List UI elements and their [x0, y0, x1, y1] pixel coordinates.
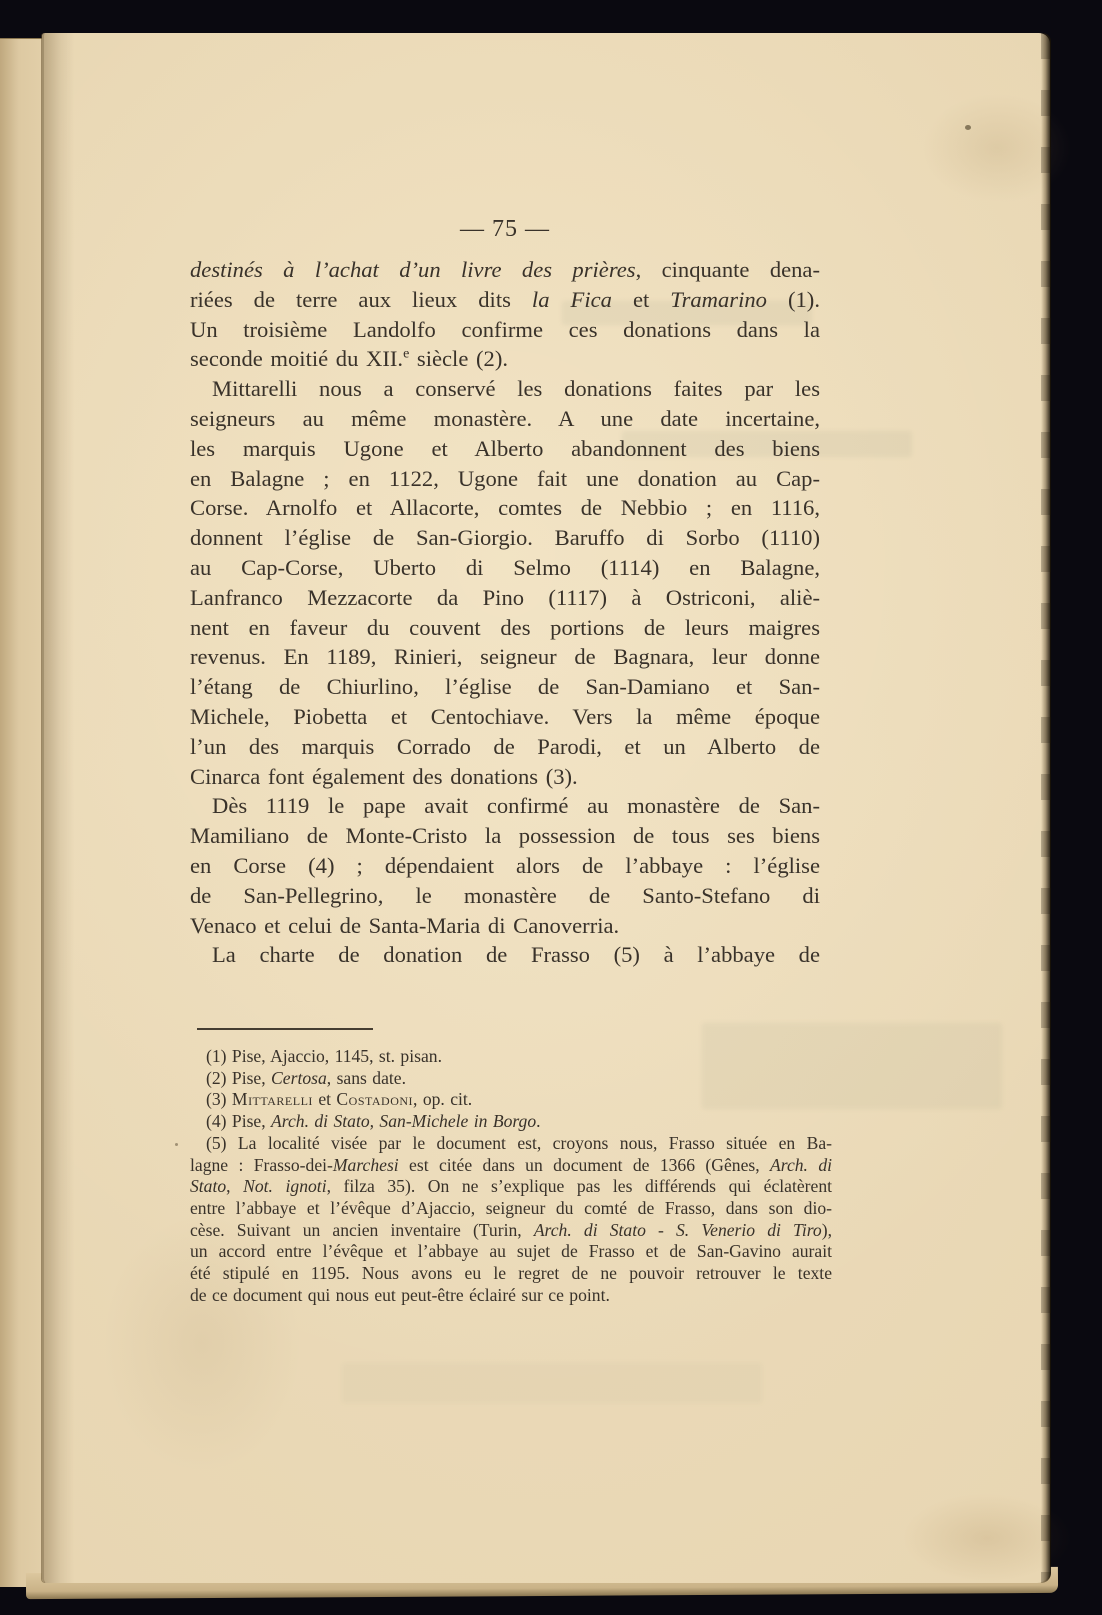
body-line: les marquis Ugone et Alberto abandonnent… [190, 434, 820, 464]
body-line: l’un des marquis Corrado de Parodi, et u… [190, 732, 820, 762]
body-line: donnent l’église de San-Giorgio. Baruffo… [190, 523, 820, 553]
body-line: Lanfranco Mezzacorte da Pino (1117) à Os… [190, 583, 820, 613]
body-line: Un troisième Landolfo confirme ces donat… [190, 315, 820, 345]
body-line: en Corse (4) ; dépendaient alors de l’ab… [190, 851, 820, 881]
scanned-book-photo: — 75 — destinés à l’achat d’un livre des… [0, 0, 1102, 1615]
paper-stain [902, 1493, 1072, 1583]
body-line: Mamiliano de Monte-Cristo la possession … [190, 821, 820, 851]
footnote-line: (2) Pise, Certosa, sans date. [190, 1068, 832, 1090]
body-line: Dès 1119 le pape avait confirmé au monas… [190, 791, 820, 821]
body-line: Michele, Piobetta et Centochiave. Vers l… [190, 702, 820, 732]
paper-stain [922, 93, 1072, 203]
body-line: nent en faveur du couvent des portions d… [190, 613, 820, 643]
body-line: en Balagne ; en 1122, Ugone fait une don… [190, 464, 820, 494]
body-line: Venaco et celui de Santa-Maria di Canove… [190, 911, 820, 941]
footnote-line: (4) Pise, Arch. di Stato, San-Michele in… [190, 1111, 832, 1133]
footnote-line: cèse. Suivant un ancien inventaire (Turi… [190, 1220, 832, 1242]
body-line: seigneurs au même monastère. A une date … [190, 404, 820, 434]
footnote-line: (5) La localité visée par le document es… [190, 1133, 832, 1155]
body-line: seconde moitié du XII.e siècle (2). [190, 344, 820, 374]
body-line: revenus. En 1189, Rinieri, seigneur de B… [190, 642, 820, 672]
footnote-line: (3) Mittarelli et Costadoni, op. cit. [190, 1089, 832, 1111]
body-line: Cinarca font également des donations (3)… [190, 762, 820, 792]
body-line: Corse. Arnolfo et Allacorte, comtes de N… [190, 493, 820, 523]
footnote-rule [197, 1028, 373, 1030]
footnote-line: lagne : Frasso-dei-Marchesi est citée da… [190, 1155, 832, 1177]
footnote-line: entre l’abbaye et l’évêque d’Ajaccio, se… [190, 1198, 832, 1220]
book-page: — 75 — destinés à l’achat d’un livre des… [42, 33, 1050, 1583]
footnote-line: Stato, Not. ignoti, filza 35). On ne s’e… [190, 1176, 832, 1198]
body-line: au Cap-Corse, Uberto di Selmo (1114) en … [190, 553, 820, 583]
footnote-line: (1) Pise, Ajaccio, 1145, st. pisan. [190, 1046, 832, 1068]
body-line: La charte de donation de Frasso (5) à l’… [190, 940, 820, 970]
body-line: l’étang de Chiurlino, l’église de San-Da… [190, 672, 820, 702]
body-text: destinés à l’achat d’un livre des prière… [190, 255, 820, 970]
body-line: riées de terre aux lieux dits la Fica et… [190, 285, 820, 315]
body-line: Mittarelli nous a conservé les donations… [190, 374, 820, 404]
body-line: destinés à l’achat d’un livre des prière… [190, 255, 820, 285]
footnote-line: de ce document qui nous eut peut-être éc… [190, 1285, 832, 1307]
page-number: — 75 — [190, 216, 820, 243]
ink-speck [965, 125, 971, 130]
footnote-line: été stipulé en 1195. Nous avons eu le re… [190, 1263, 832, 1285]
footnote-line: un accord entre l’évêque et l’abbaye au … [190, 1241, 832, 1263]
body-line: de San-Pellegrino, le monastère de Santo… [190, 881, 820, 911]
verso-show-through [342, 1363, 762, 1403]
footnotes: (1) Pise, Ajaccio, 1145, st. pisan.(2) P… [190, 1046, 832, 1306]
ink-speck [175, 1143, 178, 1146]
